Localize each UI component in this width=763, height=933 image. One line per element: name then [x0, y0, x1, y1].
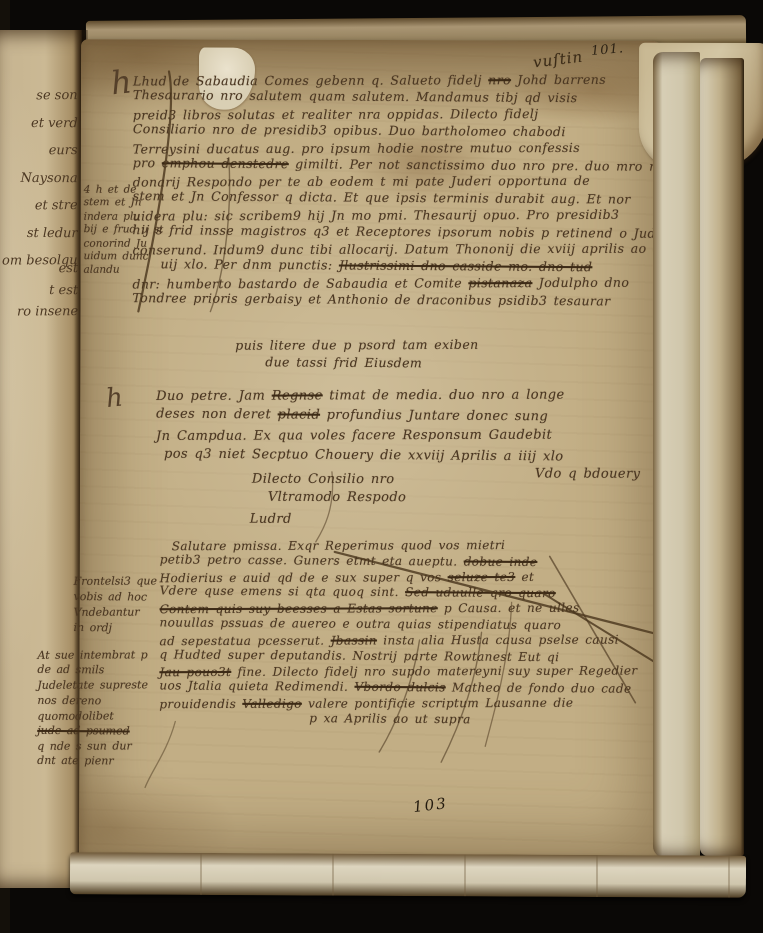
manuscript-line: Vndebantur	[74, 605, 157, 621]
manuscript-line: Naysona	[2, 164, 78, 192]
manuscript-line: vobis ad hoc	[74, 589, 157, 605]
manuscript-line: Frontelsi3 que	[74, 573, 157, 589]
manuscript-line: Jn Campdua. Ex qua voles facere Responsu…	[156, 426, 564, 447]
manuscript-line: prouidendis Valledigo valere pontificie …	[159, 696, 637, 713]
manuscript-line: At sue intembrat p	[37, 647, 148, 663]
address-right-note: Vdo q bdouery	[535, 466, 640, 481]
manuscript-line: deses non deret placid profundius Juntar…	[156, 405, 565, 428]
manuscript-line: t est	[17, 279, 78, 301]
manuscript-line: eurs	[2, 137, 78, 165]
manuscript-line: bij e frud u st	[84, 223, 164, 237]
manuscript-line: 4 h et de	[84, 184, 164, 198]
manuscript-photo: se sonet verdeursNaysonaet strest leduro…	[0, 0, 763, 933]
manuscript-page: vuſtin 101. h Lhud de Sabaudia Comes geb…	[79, 39, 665, 863]
margin-notes-lower: At sue intembrat pde ad smilsJudeletate …	[37, 647, 148, 769]
manuscript-line: quomodolibet	[37, 708, 148, 724]
manuscript-line: stem et Jn	[84, 196, 164, 210]
manuscript-line: indera plu	[84, 210, 164, 224]
entry-3-text: Salutare pmissa. Exqr Reperimus quod vos…	[159, 537, 638, 728]
facing-page-text-fragments: estt estro insene	[17, 258, 78, 323]
manuscript-line: uidum dunc	[83, 250, 163, 264]
manuscript-line: Consiliario nro de presidib3 opibus. Duo…	[133, 121, 725, 142]
manuscript-line: st ledur	[2, 219, 78, 247]
paragraph-mark: h	[109, 62, 133, 102]
manuscript-line: pos q3 niet Secptuo Chouery die xxviij A…	[164, 445, 565, 468]
entry-1-text: Lhud de Sabaudia Comes gebenn q. Salueto…	[132, 71, 725, 309]
manuscript-line: est	[17, 258, 78, 280]
folio-number-top: 101.	[590, 41, 624, 59]
margin-notes-upper: 4 h et destem et Jnindera plubij e frud …	[83, 183, 163, 277]
manuscript-line: alandu	[83, 264, 163, 278]
address-line-2: Vltramodo Respodo	[268, 490, 406, 505]
manuscript-line: et verd	[2, 109, 78, 137]
underlying-leaf-edge	[653, 52, 700, 858]
manuscript-line: due tassi frid Eiusdem	[265, 353, 478, 372]
manuscript-line: nos dereno	[37, 692, 148, 708]
manuscript-line: se son	[2, 82, 78, 110]
facing-page-text-fragments: se sonet verdeursNaysonaet strest leduro…	[2, 82, 78, 275]
manuscript-line: ro insene	[17, 301, 78, 323]
margin-notes-middle: Frontelsi3 quevobis ad hocVndebanturin o…	[74, 573, 158, 636]
manuscript-line: Judeletate supreste	[37, 678, 148, 694]
manuscript-line: conorind Ju	[84, 237, 164, 251]
manuscript-line: puis litere due p psord tam exiben	[235, 336, 478, 355]
descender-stroke	[145, 721, 175, 787]
manuscript-line: Tondree prioris gerbaisy et Anthonio de …	[132, 290, 724, 311]
manuscript-line: de ad smils	[37, 662, 148, 678]
underlying-leaf-edge	[700, 58, 744, 856]
manuscript-line: et stre	[2, 192, 78, 220]
manuscript-line: q nde s sun dur	[37, 739, 148, 755]
docket-lines: puis litere due p psord tam exibendue ta…	[235, 336, 478, 373]
manuscript-line: petib3 petro casse. Guners etmt eta auep…	[160, 552, 638, 571]
address-line-1: Dilecto Consilio nro	[252, 472, 395, 487]
folio-number-bottom: 103	[412, 794, 449, 816]
book-bottom-page-edges	[70, 852, 746, 898]
signature-abbreviation: Ludrd	[250, 512, 292, 527]
manuscript-line: Duo petre. Jam Regnse timat de media. du…	[156, 386, 564, 407]
entry-2-text: Duo petre. Jam Regnse timat de media. du…	[156, 385, 565, 466]
manuscript-line: p xa Aprilis ao ut supra	[309, 711, 637, 729]
manuscript-line: nouullas pssuas de auereo e outra quias …	[159, 615, 637, 634]
paragraph-mark: h	[105, 383, 125, 415]
archival-notation: vuſtin	[532, 48, 584, 72]
manuscript-line: dnt ate pienr	[37, 753, 148, 769]
manuscript-line: in ordj	[73, 620, 156, 636]
manuscript-line: jude ad psumed	[37, 723, 148, 739]
